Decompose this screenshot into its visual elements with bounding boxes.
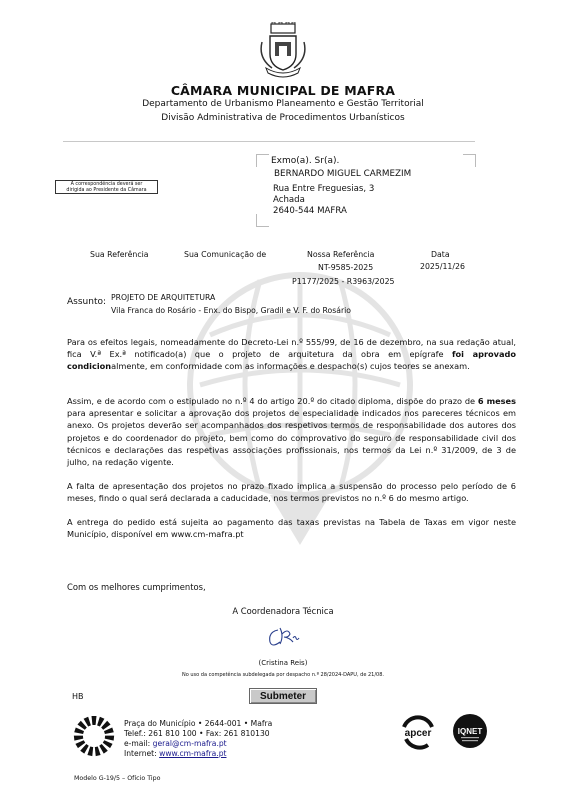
ref-header-sua-referencia: Sua Referência (90, 250, 149, 259)
email-link[interactable]: geral@cm-mafra.pt (153, 739, 227, 748)
ref-header-data: Data (431, 250, 450, 259)
address-window-corner (463, 154, 476, 167)
apcer-iso-9001-certification-icon: apcer (398, 711, 438, 751)
notice-line-2: dirigida ao Presidente da Câmara (56, 188, 157, 194)
signer-role: A Coordenadora Técnica (0, 606, 566, 616)
paragraph-suspension: A falta de apresentação dos projetos no … (67, 480, 516, 504)
footer-web-row: Internet: www.cm-mafra.pt (124, 749, 272, 759)
address-window-corner (256, 154, 269, 167)
address-window-corner (256, 214, 269, 227)
website-link[interactable]: www.cm-mafra.pt (159, 749, 226, 758)
recipient-name: BERNARDO MIGUEL CARMEZIM (274, 169, 411, 180)
paragraph-deadline: Assim, e de acordo com o estipulado no n… (67, 395, 516, 468)
subject-line-1: PROJETO DE ARQUITETURA (111, 293, 215, 302)
ref-header-sua-comunicacao: Sua Comunicação de (184, 250, 266, 259)
division-name: Divisão Administrativa de Procedimentos … (0, 113, 566, 123)
closing-greeting: Com os melhores cumprimentos, (67, 582, 206, 592)
correspondence-notice: A correspondência deverá ser dirigida ao… (55, 180, 158, 194)
footer-phone: Telef.: 261 810 100 • Fax: 261 810130 (124, 729, 272, 739)
header-divider (63, 141, 475, 142)
mafra-sun-logo-icon (73, 715, 115, 757)
subject-label: Assunto: (67, 297, 106, 307)
footer-address: Praça do Município • 2644-001 • Mafra (124, 719, 272, 729)
footer-email-row: e-mail: geral@cm-mafra.pt (124, 739, 272, 749)
delegation-note: No uso da competência subdelegada por de… (0, 672, 566, 678)
recipient-locality: Achada (273, 195, 305, 206)
handwritten-signature-icon (264, 624, 304, 650)
recipient-postal-code: 2640-544 MAFRA (273, 206, 347, 217)
paragraph-fees: A entrega do pedido está sujeita ao paga… (67, 516, 516, 540)
subject-line-2: Vila Franca do Rosário - Enx. do Bispo, … (111, 306, 351, 315)
document-model-label: Modelo G-19/5 – Ofício Tipo (74, 775, 160, 782)
date-value: 2025/11/26 (420, 262, 465, 271)
paragraph-approval: Para os efeitos legais, nomeadamente do … (67, 336, 516, 373)
recipient-street: Rua Entre Freguesias, 3 (273, 184, 374, 195)
svg-text:apcer: apcer (405, 728, 432, 739)
notice-line-1: A correspondência deverá ser (56, 182, 157, 188)
nossa-referencia-value: NT-9585-2025 (318, 263, 373, 272)
recipient-salutation: Exmo(a). Sr(a). (271, 156, 339, 167)
svg-text:IQNET: IQNET (458, 727, 483, 736)
signer-name: (Cristina Reis) (0, 659, 566, 667)
process-reference-value: P1177/2025 - R3963/2025 (292, 277, 395, 286)
ref-header-nossa-referencia: Nossa Referência (307, 250, 374, 259)
submit-button[interactable]: Submeter (249, 688, 317, 704)
iqnet-certification-icon: IQNET (452, 713, 488, 749)
author-initials: HB (72, 692, 84, 701)
municipal-coat-of-arms-icon (258, 22, 308, 80)
department-name: Departamento de Urbanismo Planeamento e … (0, 99, 566, 109)
organization-name: CÂMARA MUNICIPAL DE MAFRA (0, 83, 566, 98)
footer-contact: Praça do Município • 2644-001 • Mafra Te… (124, 719, 272, 759)
